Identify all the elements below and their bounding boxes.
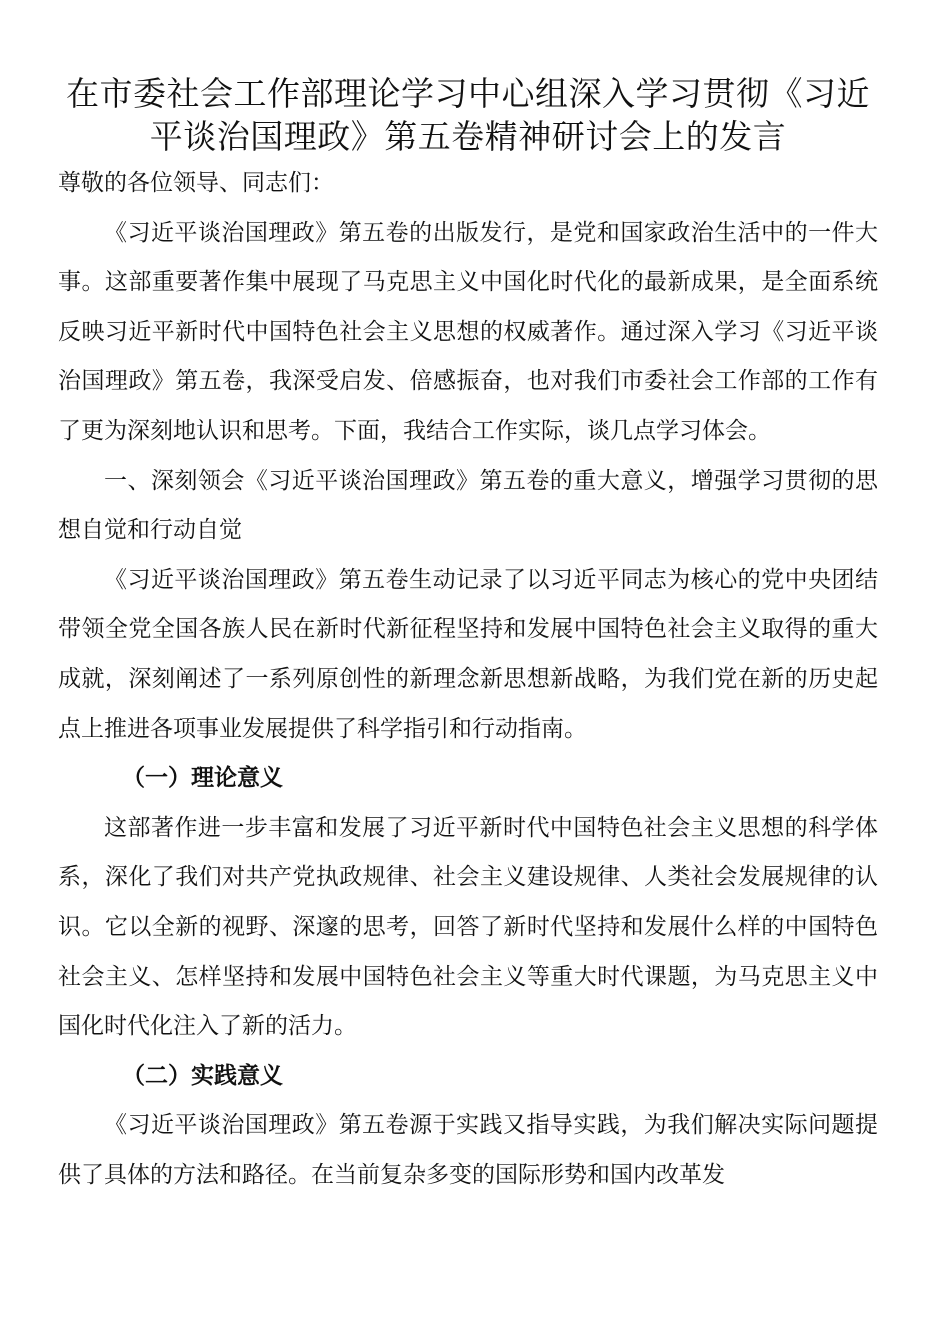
salutation: 尊敬的各位领导、同志们： <box>58 159 878 209</box>
paragraph-theoretical: 这部著作进一步丰富和发展了习近平新时代中国特色社会主义思想的科学体系，深化了我们… <box>58 804 878 1052</box>
subheading-theoretical-significance: （一）理论意义 <box>58 754 878 804</box>
document-page: 在市委社会工作部理论学习中心组深入学习贯彻《习近平谈治国理政》第五卷精神研讨会上… <box>58 72 878 1200</box>
document-title: 在市委社会工作部理论学习中心组深入学习贯彻《习近平谈治国理政》第五卷精神研讨会上… <box>58 72 878 158</box>
section-heading-1: 一、深刻领会《习近平谈治国理政》第五卷的重大意义，增强学习贯彻的思想自觉和行动自… <box>58 457 878 556</box>
paragraph-section-1: 《习近平谈治国理政》第五卷生动记录了以习近平同志为核心的党中央团结带领全党全国各… <box>58 556 878 754</box>
paragraph-intro: 《习近平谈治国理政》第五卷的出版发行，是党和国家政治生活中的一件大事。这部重要著… <box>58 209 878 457</box>
paragraph-practical: 《习近平谈治国理政》第五卷源于实践又指导实践，为我们解决实际问题提供了具体的方法… <box>58 1101 878 1200</box>
subheading-practical-significance: （二）实践意义 <box>58 1052 878 1102</box>
